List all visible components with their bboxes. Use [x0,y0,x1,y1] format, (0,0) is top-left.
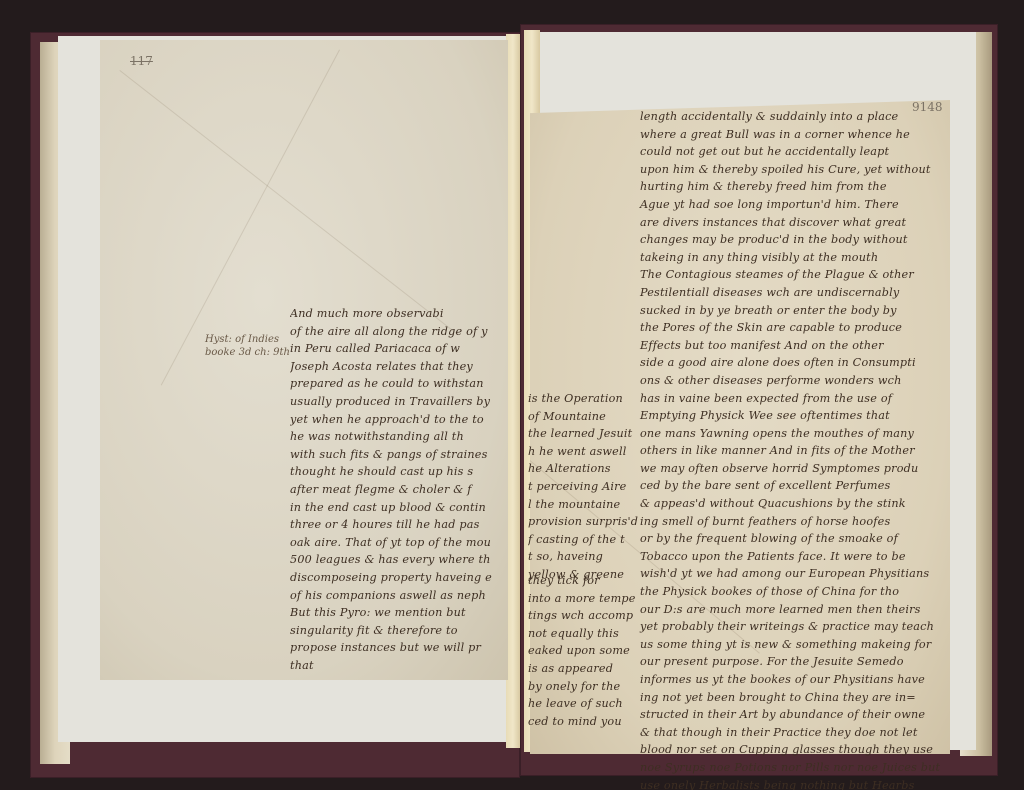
text-line: we may often observe horrid Symptomes pr… [640,460,940,478]
fold-crease [119,70,458,336]
text-line: not equally this [528,625,640,643]
text-line: one mans Yawning opens the mouthes of ma… [640,425,940,443]
text-line: of the aire all along the ridge of y [290,323,508,341]
text-line: l the mountaine [528,496,640,514]
text-line: is as appeared [528,660,640,678]
text-line: upon him & thereby spoiled his Cure, yet… [640,161,940,179]
text-line: yet when he approach'd to the to [290,411,508,429]
text-line: h he went aswell [528,443,640,461]
text-line: eaked upon some [528,642,640,660]
text-line: oak aire. That of yt top of the mou [290,534,508,552]
text-line: Joseph Acosta relates that they [290,358,508,376]
text-line: structed in their Art by abundance of th… [640,706,940,724]
right-page-text: length accidentally & suddainly into a p… [640,108,940,790]
text-line: thought he should cast up his s [290,463,508,481]
text-line: And much more observabi [290,305,508,323]
text-line: & appeas'd without Quacushions by the st… [640,495,940,513]
text-line: The Contagious steames of the Plague & o… [640,266,940,284]
text-line: others in like manner And in fits of the… [640,442,940,460]
manuscript-viewer: 117 Hyst: of Indies booke 3d ch: 9th And… [0,0,1024,790]
text-line: sucked in by ye breath or enter the body… [640,302,940,320]
text-line: the Pores of the Skin are capable to pro… [640,319,940,337]
text-line: ons & other diseases performe wonders wc… [640,372,940,390]
text-line: propose instances but we will pr [290,639,508,657]
text-line: & that though in their Practice they doe… [640,724,940,742]
text-line: wish'd yt we had among our European Phys… [640,565,940,583]
text-line: Tobacco upon the Patients face. It were … [640,548,940,566]
text-line: tings wch accomp [528,607,640,625]
text-line: he was notwithstanding all th [290,428,508,446]
text-line: t so, haveing [528,548,640,566]
text-line: after meat flegme & choler & f [290,481,508,499]
text-line: use onely Herbalists being nothing but H… [640,777,940,790]
text-line: has in vaine been expected from the use … [640,390,940,408]
text-line: 500 leagues & has every where th [290,551,508,569]
text-line: blood nor set on Cupping glasses though … [640,741,940,759]
gutter-strip-left [506,34,520,748]
right-page-margin-text-top: is the Operation of Mountaine the learne… [528,390,640,584]
text-line: ced by the bare sent of excellent Perfum… [640,477,940,495]
text-line: in Peru called Pariacaca of w [290,340,508,358]
text-line: ing smell of burnt feathers of horse hoo… [640,513,940,531]
text-line: of his companions aswell as neph [290,587,508,605]
text-line: that [290,657,508,675]
text-line: he Alterations [528,460,640,478]
text-line: could not get out but he accidentally le… [640,143,940,161]
text-line: is the Operation [528,390,640,408]
text-line: f casting of the t [528,531,640,549]
text-line: ced to mind you [528,713,640,731]
text-line: takeing in any thing visibly at the mout… [640,249,940,267]
text-line: Ague yt had soe long importun'd him. The… [640,196,940,214]
text-line: he leave of such [528,695,640,713]
text-line: ing not yet been brought to China they a… [640,689,940,707]
text-line: Pestilentiall diseases wch are undiscern… [640,284,940,302]
text-line: noe Syrups noe Potions nor Pills nor noe… [640,759,940,777]
text-line: Effects but too manifest And on the othe… [640,337,940,355]
text-line: our present purpose. For the Jesuite Sem… [640,653,940,671]
text-line: side a good aire alone does often in Con… [640,354,940,372]
text-line: informes us yt the bookes of our Physiti… [640,671,940,689]
margin-note-line: Hyst: of Indies [205,333,290,346]
text-line: our D:s are much more learned men then t… [640,601,940,619]
text-line: usually produced in Travaillers by [290,393,508,411]
margin-note-line: booke 3d ch: 9th [205,346,290,359]
text-line: into a more tempe [528,590,640,608]
text-line: discomposeing property haveing e [290,569,508,587]
text-line: they tick for [528,572,640,590]
text-line: hurting him & thereby freed him from the [640,178,940,196]
text-line: or by the frequent blowing of the smoake… [640,530,940,548]
text-line: t perceiving Aire [528,478,640,496]
text-line: are divers instances that discover what … [640,214,940,232]
right-page-margin-text-bottom: they tick for into a more tempe tings wc… [528,572,640,730]
left-margin-note: Hyst: of Indies booke 3d ch: 9th [205,333,290,359]
text-line: the learned Jesuit [528,425,640,443]
left-folio-number: 117 [130,54,153,68]
text-line: Emptying Physick Wee see oftentimes that [640,407,940,425]
text-line: yet probably their writeings & practice … [640,618,940,636]
text-line: the Physick bookes of those of China for… [640,583,940,601]
text-line: three or 4 houres till he had pas [290,516,508,534]
text-line: But this Pyro: we mention but [290,604,508,622]
text-line: where a great Bull was in a corner whenc… [640,126,940,144]
left-page-text: And much more observabi of the aire all … [290,305,508,674]
text-line: by onely for the [528,678,640,696]
text-line: singularity fit & therefore to [290,622,508,640]
text-line: with such fits & pangs of straines [290,446,508,464]
text-line: length accidentally & suddainly into a p… [640,108,940,126]
text-line: of Mountaine [528,408,640,426]
text-line: us some thing yt is new & something make… [640,636,940,654]
text-line: prepared as he could to withstan [290,375,508,393]
text-line: in the end cast up blood & contin [290,499,508,517]
text-line: provision surpris'd [528,513,640,531]
text-line: changes may be produc'd in the body with… [640,231,940,249]
